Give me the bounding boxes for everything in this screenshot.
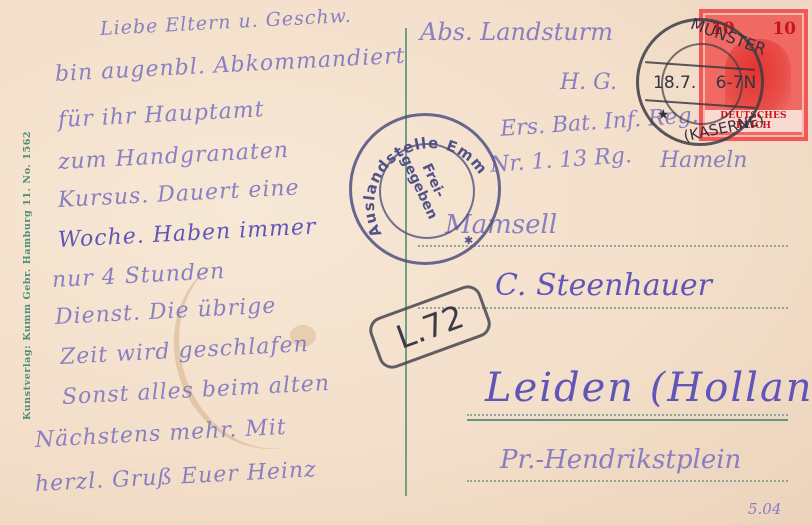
address-line: Pr.-Hendrikstplein — [500, 445, 741, 475]
address-line-3 — [467, 414, 788, 416]
publisher-imprint: Kunstverlag: Kumm Gebr. Hamburg 11. No. … — [22, 131, 33, 420]
star-icon: ✱ — [464, 234, 473, 247]
star-icon: ★ — [657, 107, 670, 123]
postmark-date-value: 18.7. — [653, 73, 696, 93]
message-line: für ihr Hauptamt — [57, 97, 265, 133]
message-line: Woche. Haben immer — [57, 214, 317, 253]
address-line: Leiden (Holland) — [485, 365, 812, 411]
censor-stamp: Auslandstelle Emmerich Frei- gegeben ✱ — [349, 113, 501, 265]
corner-note: 5.04 — [748, 500, 781, 518]
message-line: Nächstens mehr. Mit — [34, 415, 287, 453]
sender-line: Abs. Landsturm — [420, 18, 613, 46]
postmark: MÜNSTER 18.7. 6-7N ★ (KASERNE) — [636, 18, 764, 146]
address-underline — [467, 419, 788, 421]
address-line: C. Steenhauer — [495, 268, 712, 303]
postmark-date: 18.7. 6-7N — [653, 73, 756, 93]
message-line: herzl. Gruß Euer Heinz — [34, 457, 317, 497]
message-line: zum Handgranaten — [57, 138, 289, 175]
postcard-back: Kunstverlag: Kumm Gebr. Hamburg 11. No. … — [0, 0, 812, 525]
censor-number-box: L.72 — [365, 281, 494, 372]
message-line: Kursus. Dauert eine — [57, 175, 300, 213]
sender-line: H. G. — [560, 70, 617, 95]
message-line: Liebe Eltern u. Geschw. — [99, 5, 352, 40]
sender-line: Nr. 1. 13 Rg. — [489, 143, 632, 178]
message-line: bin augenbl. Abkommandiert — [54, 44, 406, 87]
postmark-time: 6-7N — [716, 73, 756, 93]
address-line-4 — [467, 480, 788, 482]
stamp-value: 10 — [772, 19, 796, 39]
sender-line: Hameln — [660, 148, 747, 173]
